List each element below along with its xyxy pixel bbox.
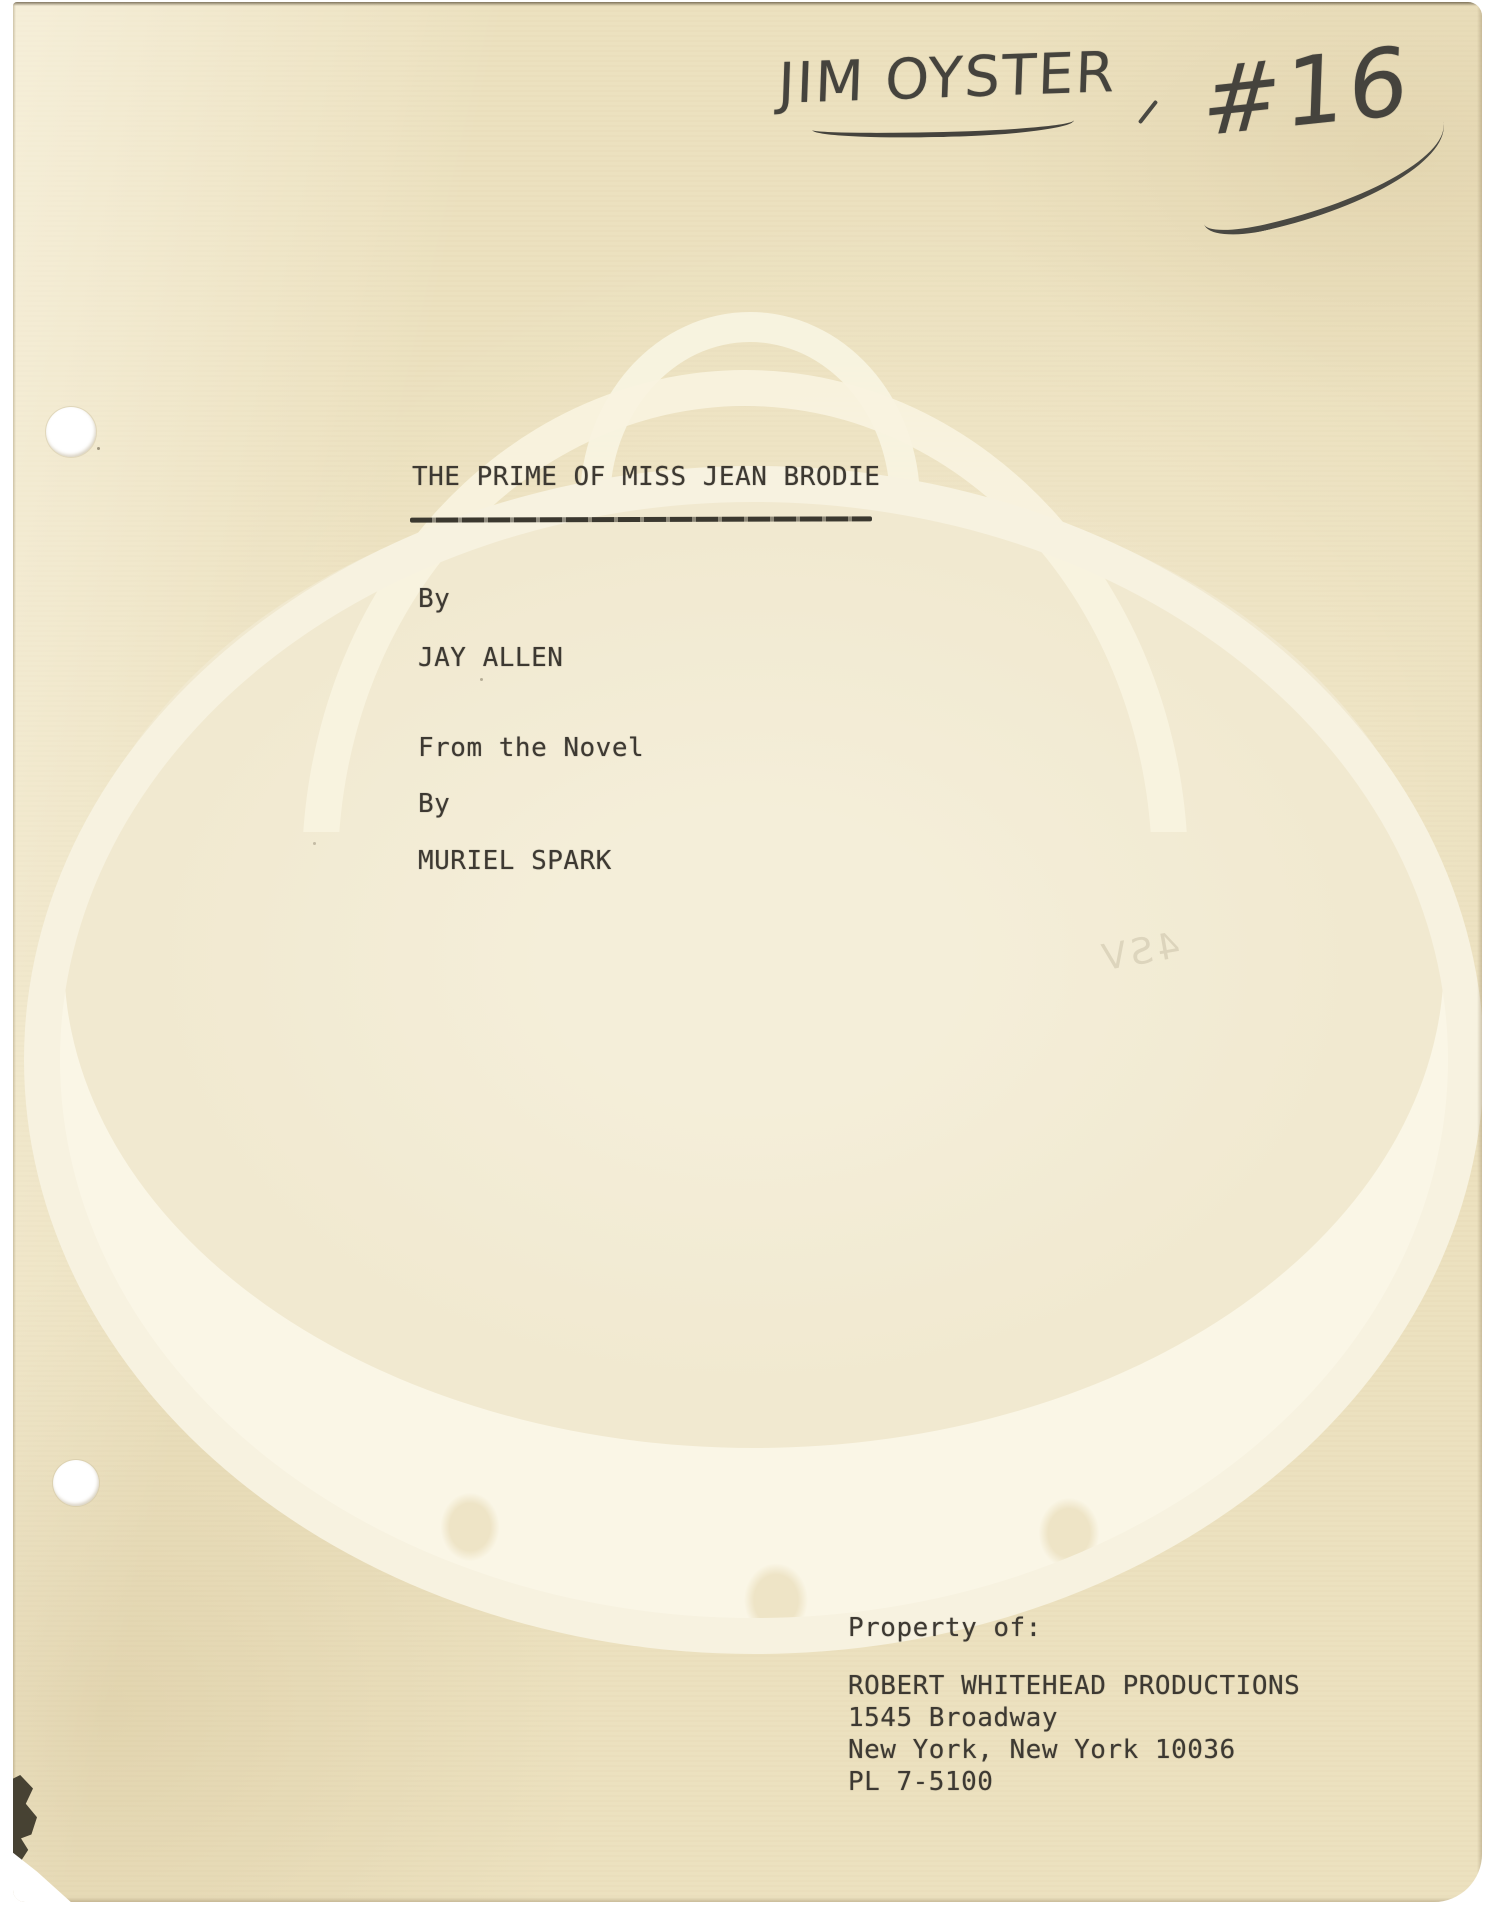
address-line-1: 1545 Broadway bbox=[848, 1703, 1058, 1733]
paper-right-edge bbox=[1477, 2, 1482, 1902]
address-line-2: New York, New York 10036 bbox=[848, 1735, 1236, 1765]
source-byline-label: By bbox=[418, 789, 450, 819]
property-label: Property of: bbox=[848, 1613, 1042, 1643]
paper-top-edge bbox=[13, 2, 1482, 6]
stray-pen-mark bbox=[1138, 100, 1158, 125]
scanned-script-cover: JIM OYSTER #16 THE PRIME OF MISS JEAN BR… bbox=[0, 0, 1500, 1911]
paper-left-edge bbox=[13, 2, 16, 1902]
author-name: JAY ALLEN bbox=[418, 643, 563, 673]
production-company: ROBERT WHITEHEAD PRODUCTIONS bbox=[848, 1671, 1300, 1701]
owner-name-underline bbox=[812, 95, 1075, 140]
source-label: From the Novel bbox=[418, 733, 644, 763]
phone-number: PL 7-5100 bbox=[848, 1767, 993, 1797]
paper-bottom-edge bbox=[13, 1897, 1482, 1902]
source-author-name: MURIEL SPARK bbox=[418, 846, 612, 876]
punch-hole-top bbox=[46, 407, 96, 457]
watermark-outer-ring bbox=[24, 466, 1482, 1654]
punch-hole-bottom bbox=[53, 1460, 99, 1506]
paper-specks bbox=[97, 447, 100, 450]
script-title: THE PRIME OF MISS JEAN BRODIE bbox=[412, 462, 880, 492]
paper-sheet: JIM OYSTER #16 THE PRIME OF MISS JEAN BR… bbox=[13, 2, 1482, 1902]
byline-label: By bbox=[418, 584, 450, 614]
